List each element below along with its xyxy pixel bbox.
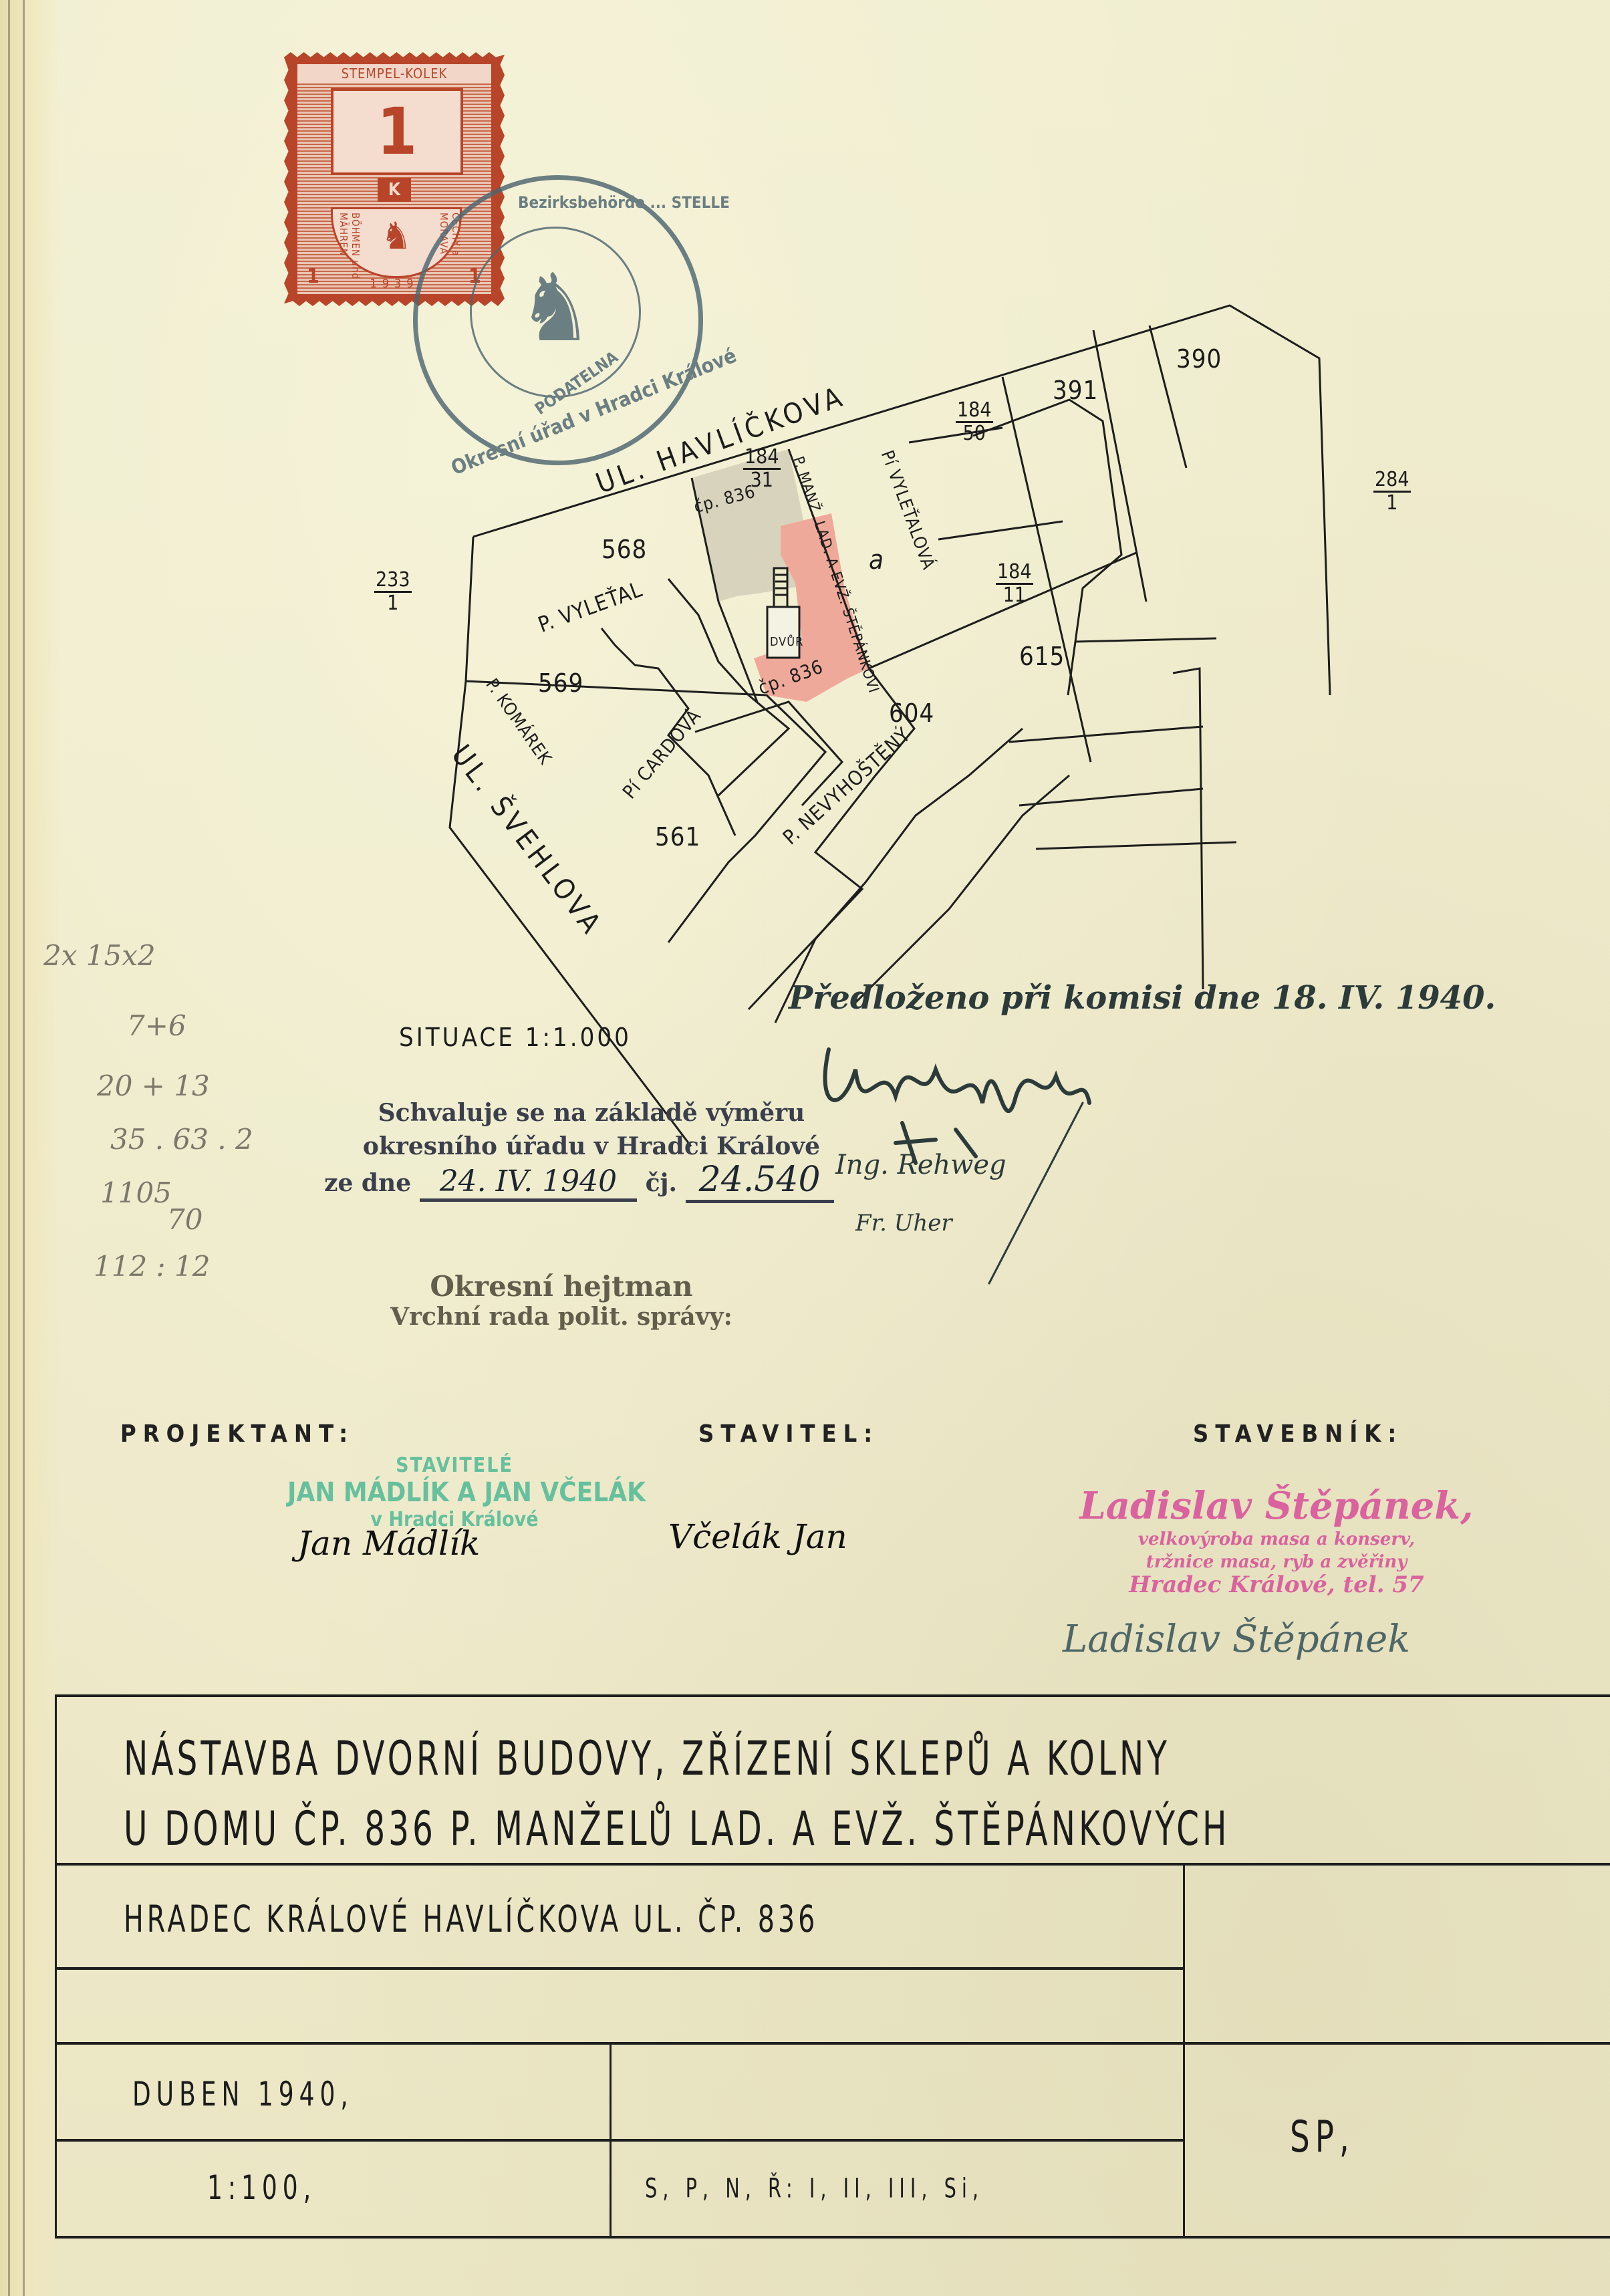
title-block-border	[55, 2139, 1184, 2142]
drawing-date: DUBEN 1940,	[132, 2075, 354, 2114]
parcel-number: 391	[1053, 376, 1098, 405]
lion-emblem-icon: ♞	[472, 255, 639, 362]
title-block-border	[55, 1694, 1610, 1697]
pencil-note: 35 . 63 . 2	[110, 1123, 253, 1156]
title-block-border	[610, 2042, 612, 2237]
situation-scale-label: SITUACE 1:1.000	[399, 1023, 632, 1052]
district-official-stamp: Okresní hejtman Vrchní rada polit. správ…	[374, 1270, 749, 1331]
title-block-border	[55, 2236, 1610, 2239]
project-title-line1: NÁSTAVBA DVORNÍ BUDOVY, ZŘÍZENÍ SKLEPŮ A…	[124, 1731, 1170, 1786]
approval-line1: Schvaluje se na základě výměru	[324, 1096, 859, 1130]
signature-madlik: Jan Mádlík	[297, 1524, 480, 1563]
title-block-border	[1183, 1863, 1185, 2237]
builder-stamp: STAVITELÉ JAN MÁDLÍK A JAN VČELÁK v Hrad…	[314, 1454, 595, 1531]
parcel-number: 615	[1019, 642, 1065, 671]
approval-date-prefix: ze dne	[324, 1169, 411, 1197]
parcel-fraction: 18450	[956, 400, 993, 444]
role-projektant: PROJEKTANT:	[120, 1420, 354, 1448]
project-location: HRADEC KRÁLOVÉ HAVLÍČKOVA UL. ČP. 836	[124, 1898, 818, 1941]
parcel-number: 561	[655, 822, 700, 852]
parcel-fraction: 2331	[374, 569, 412, 614]
signature-strokes	[802, 1029, 1150, 1417]
stamp-value: 1	[333, 91, 460, 172]
parcel-fraction: 2841	[1373, 469, 1411, 514]
parcel-number: 390	[1176, 344, 1222, 374]
role-stavebnik: STAVEBNÍK:	[1193, 1420, 1403, 1448]
title-block-border	[55, 1694, 57, 2237]
signature-vcelak: Včelák Jan	[668, 1517, 847, 1556]
approval-stamp: Schvaluje se na základě výměru okresního…	[324, 1096, 859, 1200]
parcel-letter: a	[869, 545, 884, 576]
handwritten-commission-note: Předloženo při komisi dne 18. IV. 1940.	[789, 979, 1496, 1017]
seal-top-text: Bezirksbehörde ... STELLE	[518, 193, 730, 212]
approval-ref-prefix: čj.	[646, 1169, 677, 1197]
pencil-note: 1105	[100, 1176, 172, 1209]
role-stavitel: STAVITEL:	[698, 1420, 879, 1448]
project-title-line2: U DOMU ČP. 836 P. MANŽELŮ LAD. A EVŽ. ŠT…	[124, 1801, 1230, 1856]
sheet-code: SP,	[1290, 2112, 1355, 2162]
yard-label: DVŮR	[770, 635, 803, 649]
stamp-currency: K	[378, 178, 411, 202]
pencil-note: 2x 15x2	[43, 939, 156, 972]
pencil-note: 70	[167, 1203, 203, 1236]
pencil-note: 20 + 13	[97, 1069, 210, 1102]
parcel-number: 568	[601, 535, 647, 564]
title-block-border	[55, 1863, 1610, 1866]
office-seal: ♞ Bezirksbehörde ... STELLE Okresní úřad…	[413, 175, 703, 465]
owner-stamp: Ladislav Štěpánek, velkovýroba masa a ko…	[1043, 1484, 1510, 1596]
pencil-note: 112 : 12	[94, 1250, 210, 1283]
drawing-scale: 1:100,	[207, 2169, 316, 2208]
approval-line2: okresního úřadu v Hradci Králové	[324, 1130, 859, 1163]
sheet-list: S, P, N, Ř: I, II, III, Si,	[645, 2172, 984, 2204]
signature-owner: Ladislav Štěpánek	[1063, 1618, 1410, 1661]
title-block-border	[55, 2042, 1610, 2045]
parcel-number: 604	[889, 698, 934, 728]
parcel-fraction: 18411	[996, 561, 1033, 606]
title-block-border	[55, 1967, 1184, 1970]
stamp-header: STEMPEL-KOLEK	[297, 64, 491, 83]
pencil-note: 7+6	[127, 1009, 186, 1042]
parcel-number: 569	[538, 668, 583, 698]
approval-date: 24. IV. 1940	[420, 1164, 637, 1202]
